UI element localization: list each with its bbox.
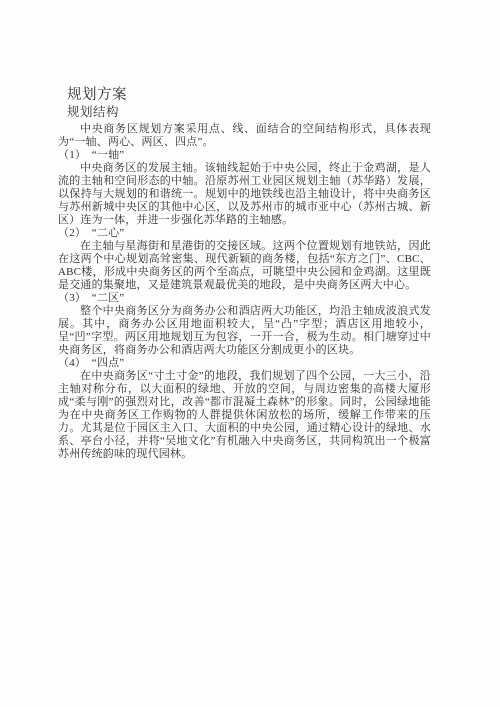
document-subtitle: 规划结构	[67, 104, 431, 120]
document-title: 规划方案	[67, 87, 431, 104]
section-heading-2: （2） “二心”	[58, 227, 431, 240]
intro-paragraph: 中央商务区规划方案采用点、线、面结合的空间结构形式，具体表现为“一轴、两心、两区…	[58, 123, 431, 149]
section-heading-1: （1） “一轴”	[58, 149, 431, 162]
section-heading-3: （3） “二区”	[58, 292, 431, 305]
section-paragraph-1: 中央商务区的发展主轴。该轴线起始于中央公园，终止于金鸡湖，是人流的主轴和空间形态…	[58, 162, 431, 227]
document-page: 规划方案 规划结构 中央商务区规划方案采用点、线、面结合的空间结构形式，具体表现…	[0, 0, 500, 707]
section-paragraph-2: 在主轴与星海街和星港街的交接区域。这两个位置规划有地铁站，因此在这两个中心规划高…	[58, 240, 431, 292]
section-paragraph-3: 整个中央商务区分为商务办公和酒店两大功能区，均沿主轴成波浪式发展。其中，商务办公…	[58, 305, 431, 357]
section-heading-4: （4） “四点”	[58, 357, 431, 370]
document-content: 规划方案 规划结构 中央商务区规划方案采用点、线、面结合的空间结构形式，具体表现…	[58, 87, 431, 461]
section-paragraph-4: 在中央商务区“寸土寸金”的地段，我们规划了四个公园，一大三小，沿主轴对称分布，以…	[58, 370, 431, 461]
